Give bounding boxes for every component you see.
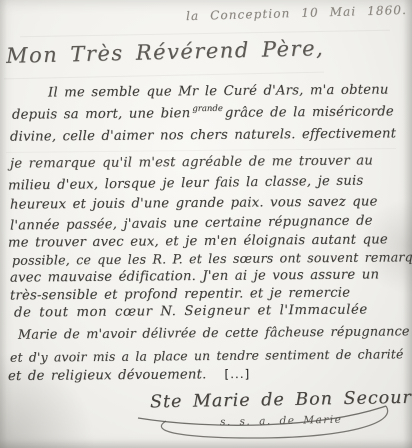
letter-scan: la Conception 10 Mai 1860. Mon Très Révé…	[0, 0, 412, 448]
body-line-3: divine, celle d'aimer nos chers naturels…	[10, 126, 396, 144]
body-line-12: de tout mon cœur N. Seigneur et l'Immacu…	[14, 302, 368, 320]
body-line-13: Marie de m'avoir délivrée de cette fâche…	[18, 324, 410, 342]
paper-smudge	[20, 30, 390, 37]
body-line-1: Il me semble que Mr le Curé d'Ars, m'a o…	[48, 83, 389, 101]
body-line-8: me trouver avec eux, et je m'en éloignai…	[8, 232, 388, 250]
salutation: Mon Très Révérend Père,	[6, 36, 325, 68]
body-line-6: heureux et jouis d'une grande paix. vous…	[10, 194, 378, 212]
paper-smudge	[6, 148, 396, 153]
body-line-15-text: et de religieux dévouement.	[8, 367, 207, 384]
editorial-ellipsis: [...]	[224, 367, 250, 381]
body-line-2-post: grâce de la miséricorde	[225, 104, 394, 120]
body-line-10: avec mauvaise édification. J'en ai je vo…	[10, 267, 379, 285]
body-line-4: je remarque qu'il m'est agréable de me t…	[10, 153, 373, 171]
body-line-2-pre: depuis sa mort, une bien	[12, 106, 190, 123]
body-line-5: milieu d'eux, lorsque je leur fais la cl…	[8, 174, 364, 194]
interlinear-insertion: grande	[192, 104, 223, 114]
body-line-9: possible, ce que les R. P. et les sœurs …	[12, 249, 412, 268]
body-line-2: depuis sa mort, une biengrandegrâce de l…	[12, 104, 394, 122]
signature-initials: s. s. a. de Marie	[220, 414, 343, 429]
body-line-15: et de religieux dévouement.[...]	[8, 367, 250, 384]
body-line-7: l'année passée, j'avais une certaine rép…	[10, 213, 373, 233]
body-line-14: et d'y avoir mis a la place un tendre se…	[10, 346, 404, 364]
paper-smudge	[4, 72, 324, 80]
signature: Ste Marie de Bon Secours	[150, 388, 412, 413]
body-line-11: très-sensible et profond repentir. et je…	[10, 286, 350, 304]
dateline: la Conception 10 Mai 1860.	[186, 3, 407, 23]
